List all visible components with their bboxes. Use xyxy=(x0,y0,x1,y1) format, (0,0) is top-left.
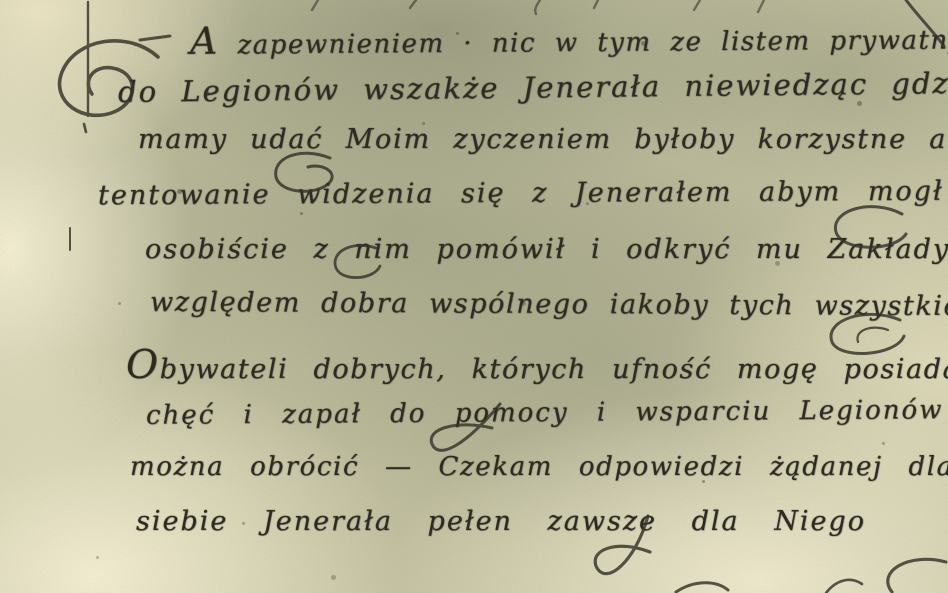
loop-flourish-right-2-inner xyxy=(857,328,888,342)
manuscript-line-1: A zapewnieniem · nic w tym ze listem pry… xyxy=(190,13,948,63)
manuscript-line-4: tentowanie widzenia się z Jenerałem abym… xyxy=(98,176,944,211)
manuscript-line-8: chęć i zapał do pomocy i wsparciu Legion… xyxy=(146,395,944,431)
manuscript-line-7: Obywateli dobrych, których ufność mogę p… xyxy=(126,343,948,388)
manuscript-line-6: względem dobra wspólnego iakoby tych wsz… xyxy=(150,287,948,322)
manuscript-line-5: osobiście z nim pomówił i odkryć mu Zakł… xyxy=(145,234,948,265)
manuscript-line-9: można obrócić — Czekam odpowiedzi żądane… xyxy=(130,452,948,482)
manuscript-line-3: mamy udać Moim zyczeniem byłoby korzystn… xyxy=(138,124,948,155)
cutoff-flourish-bottom-mid xyxy=(676,583,728,592)
dash-mark xyxy=(140,36,170,40)
cutoff-flourish-bottom-2 xyxy=(826,580,862,593)
manuscript-line-2: do Legionów wszakże Jenerała niewiedząc … xyxy=(118,65,948,109)
manuscript-line-10: siebie Jenerała pełen zawsze dla Niego xyxy=(136,506,866,537)
manuscript-scan: A zapewnieniem · nic w tym ze listem pry… xyxy=(0,0,948,593)
ink-specks xyxy=(0,0,3,3)
cutoff-flourish-bottom-right xyxy=(888,559,946,592)
cutoff-strokes-top-edge xyxy=(312,0,764,14)
paraph-dot xyxy=(84,124,86,132)
